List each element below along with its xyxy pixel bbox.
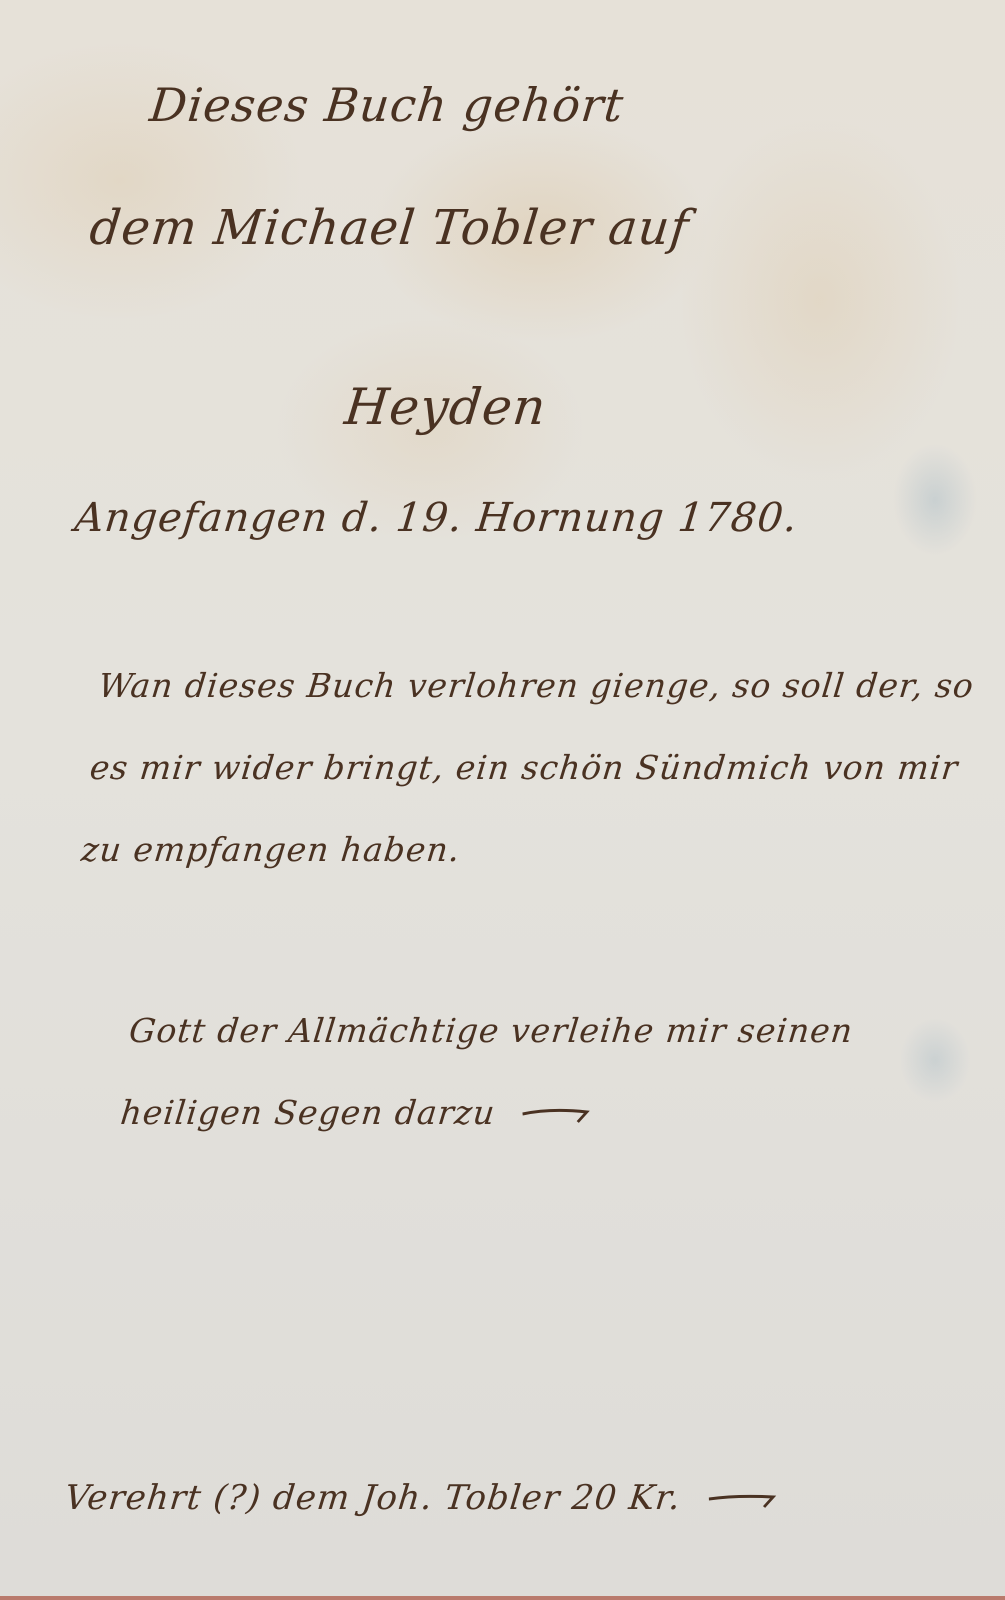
lost-book-paragraph: Wan dieses Buch verlohren gienge, so sol… [77,645,983,891]
prayer-line: Gott der Allmächtige verleihe mir seinen… [119,1011,856,1132]
date-line: Angefangen d. 19. Hornung 1780. [73,495,801,541]
flourish-stroke-icon [520,1106,592,1124]
footer-text: Verehrt (?) dem Joh. Tobler 20 Kr. [63,1478,683,1518]
footer-note: Verehrt (?) dem Joh. Tobler 20 Kr. [63,1478,779,1518]
prayer-text: Gott der Allmächtige verleihe mir seinen… [116,990,983,1154]
heading-line-1: Dieses Buch gehört [147,78,626,132]
manuscript-page: Dieses Buch gehört dem Michael Tobler au… [0,0,1005,1600]
flourish-stroke-icon [705,1491,777,1509]
heading-place: Heyden [342,378,549,436]
heading-line-2-owner: dem Michael Tobler auf [87,200,692,256]
